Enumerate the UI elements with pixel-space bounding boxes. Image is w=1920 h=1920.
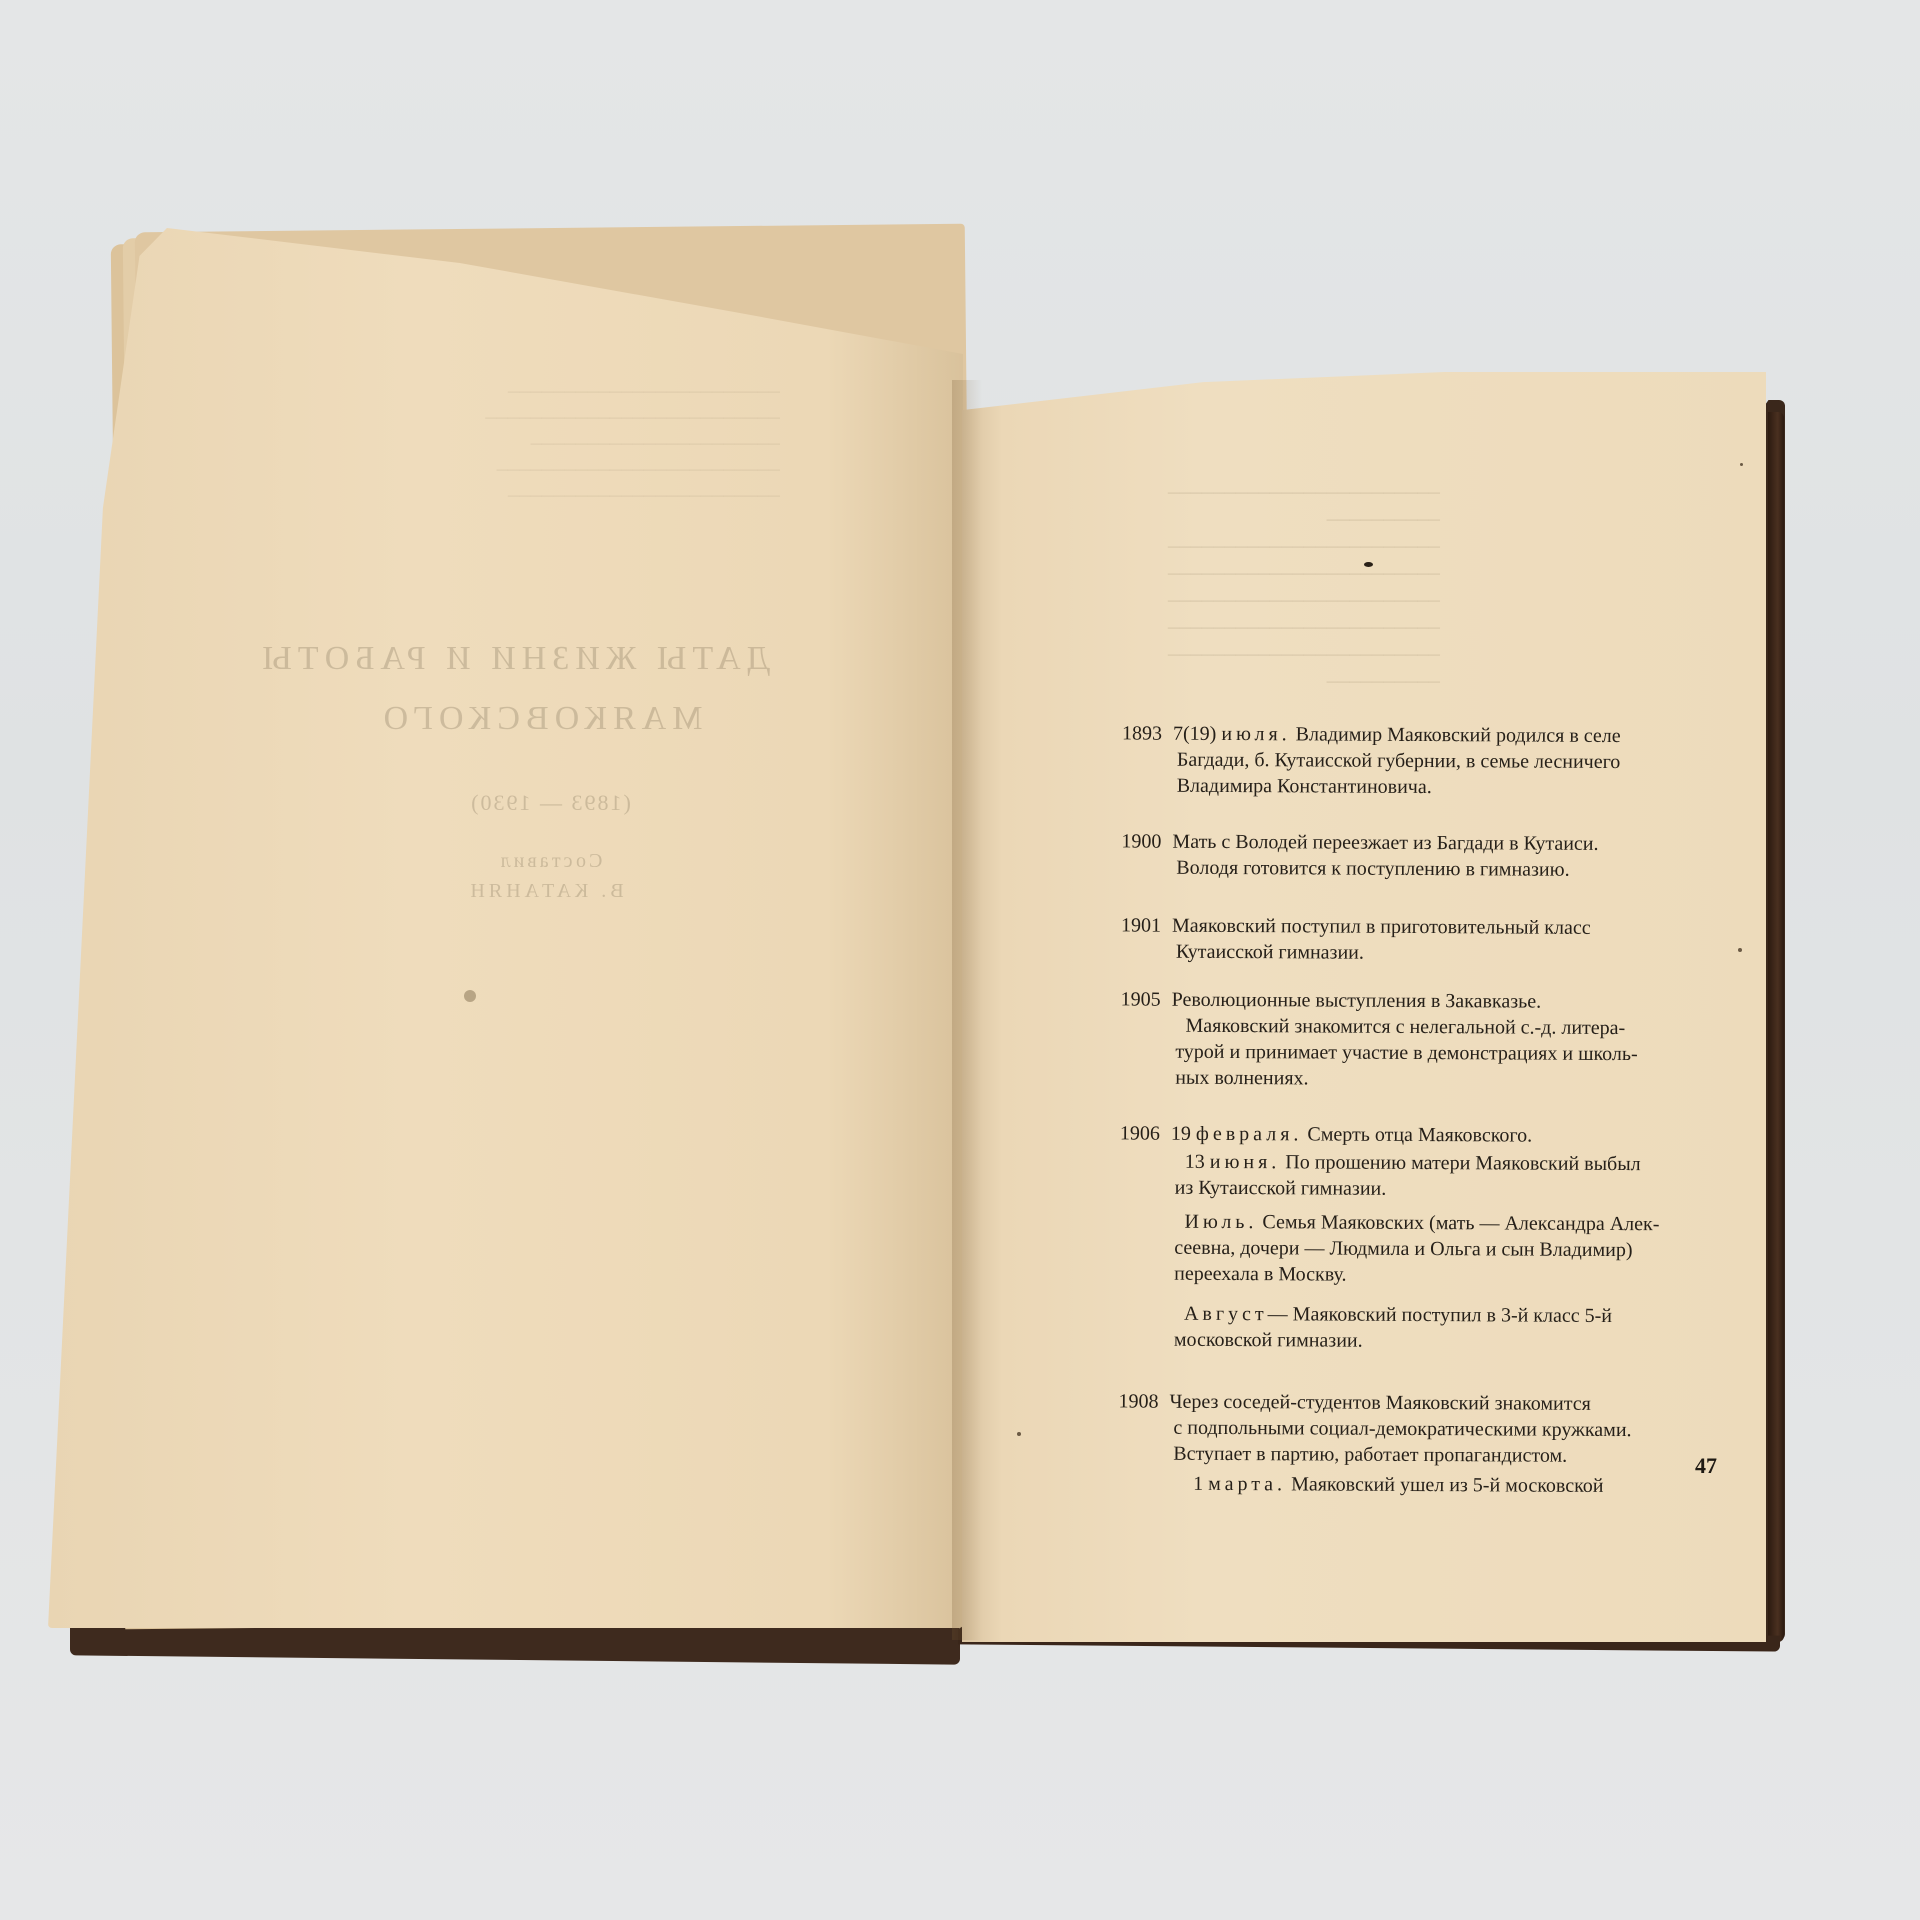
bleed-title-line-2: МАЯКОВСКОГО <box>330 700 750 738</box>
entry-line: Семья Маяковских (мать — Александра Алек… <box>1262 1211 1659 1235</box>
sub-entry-august: Август— Маяковский поступил в 3-й класс … <box>1119 1300 1719 1329</box>
entry-line: Маяковский поступил в приготовительный к… <box>1172 915 1591 939</box>
entry-1893: 1893 7(19) июля. Владимир Маяковский род… <box>1122 720 1722 801</box>
entry-line: Через соседей-студентов Маяковский знако… <box>1169 1391 1590 1415</box>
entry-line: переехала в Москву. <box>1119 1260 1719 1289</box>
bleed-title-line-1: ДАТЫ ЖИЗНИ И РАБОТЫ <box>330 640 770 678</box>
entry-line: Революционные выступления в Закавказье. <box>1172 989 1542 1013</box>
entry-line: из Кутаисской гимназии. <box>1120 1174 1720 1203</box>
entry-line: По прошению матери Маяковский выбыл <box>1285 1151 1640 1175</box>
gutter-shadow <box>952 380 982 1640</box>
entry-month: марта. <box>1208 1473 1286 1495</box>
entry-1901: 1901 Маяковский поступил в приготовитель… <box>1121 912 1721 967</box>
sub-entry-june: 13 июня. По прошению матери Маяковский в… <box>1120 1148 1720 1177</box>
entry-line: Мать с Володей переезжает из Багдади в К… <box>1172 831 1598 855</box>
entry-line: Маяковский знакомится с нелегальной с.-д… <box>1120 1012 1720 1041</box>
paper-spot <box>1738 948 1742 952</box>
entry-year: 1901 <box>1121 914 1161 936</box>
entry-month: июля. <box>1221 723 1290 745</box>
entry-date: 7(19) <box>1173 723 1216 745</box>
entry-line: Маяковский ушел из 5-й московской <box>1291 1473 1604 1497</box>
entry-line: сеевна, дочери — Людмила и Ольга и сын В… <box>1119 1234 1719 1263</box>
sub-entry-july: Июль. Семья Маяковских (мать — Александр… <box>1119 1208 1719 1237</box>
photo-scene: ────────────────────────────────────────… <box>0 0 1920 1920</box>
entry-month: июня. <box>1210 1151 1281 1173</box>
entry-month: Июль. <box>1184 1211 1257 1233</box>
paper-spot <box>464 990 476 1002</box>
entry-line: московской гимназии. <box>1119 1326 1719 1355</box>
bleed-years: (1893 — 1930) <box>420 790 680 816</box>
entry-year: 1900 <box>1121 830 1161 852</box>
ink-speck <box>1364 562 1373 567</box>
paper-spot <box>1740 463 1743 466</box>
entry-1900: 1900 Мать с Володей переезжает из Багдад… <box>1121 828 1721 883</box>
entry-date: 1 <box>1193 1473 1203 1495</box>
entry-date: 13 <box>1185 1151 1205 1173</box>
entry-1905: 1905 Революционные выступления в Закавка… <box>1120 986 1721 1093</box>
entry-year: 1893 <box>1122 722 1162 744</box>
entry-year: 1905 <box>1121 988 1161 1010</box>
chronology-text: 1893 7(19) июля. Владимир Маяковский род… <box>1118 720 1722 1521</box>
entry-date: 19 <box>1171 1123 1191 1145</box>
page-number: 47 <box>1695 1453 1717 1479</box>
book-cover-right-edge <box>1768 412 1784 1642</box>
entry-line: турой и принимает участие в демонстрация… <box>1120 1038 1720 1067</box>
bleed-compiled-by: Составил <box>450 850 650 873</box>
bleed-author: В. КАТАНЯН <box>440 880 650 903</box>
entry-line: Смерть отца Маяковского. <box>1307 1123 1532 1146</box>
right-page-bleed-body: ────────────────────────────────────────… <box>1060 480 1440 696</box>
entry-1906: 1906 19 февраля. Смерть отца Маяковского… <box>1119 1120 1720 1355</box>
entry-month: Август <box>1184 1303 1268 1325</box>
entry-year: 1906 <box>1120 1122 1160 1144</box>
entry-line: ных волнениях. <box>1120 1064 1720 1093</box>
entry-year: 1908 <box>1118 1390 1158 1412</box>
entry-month: февраля. <box>1196 1123 1303 1146</box>
entry-line: с подпольными социал-демократическими кр… <box>1118 1414 1718 1443</box>
entry-line: Вступает в партию, работает пропагандист… <box>1118 1440 1718 1469</box>
entry-line: Владимир Маяковский родился в селе <box>1296 723 1621 747</box>
entry-1908: 1908 Через соседей-студентов Маяковский … <box>1118 1388 1719 1499</box>
paper-spot <box>1017 1432 1021 1436</box>
entry-line: Багдади, б. Кутаисской губернии, в семье… <box>1122 746 1722 775</box>
entry-line: Кутаисской гимназии. <box>1121 938 1721 967</box>
entry-line: Володя готовится к поступлению в гимнази… <box>1121 854 1721 883</box>
left-page-bleed-body: ────────────────────────────────────────… <box>260 380 780 510</box>
sub-entry-march: 1 марта. Маяковский ушел из 5-й московск… <box>1118 1470 1718 1499</box>
entry-line: Владимира Константиновича. <box>1122 772 1722 801</box>
entry-line: — Маяковский поступил в 3-й класс 5-й <box>1268 1303 1612 1327</box>
